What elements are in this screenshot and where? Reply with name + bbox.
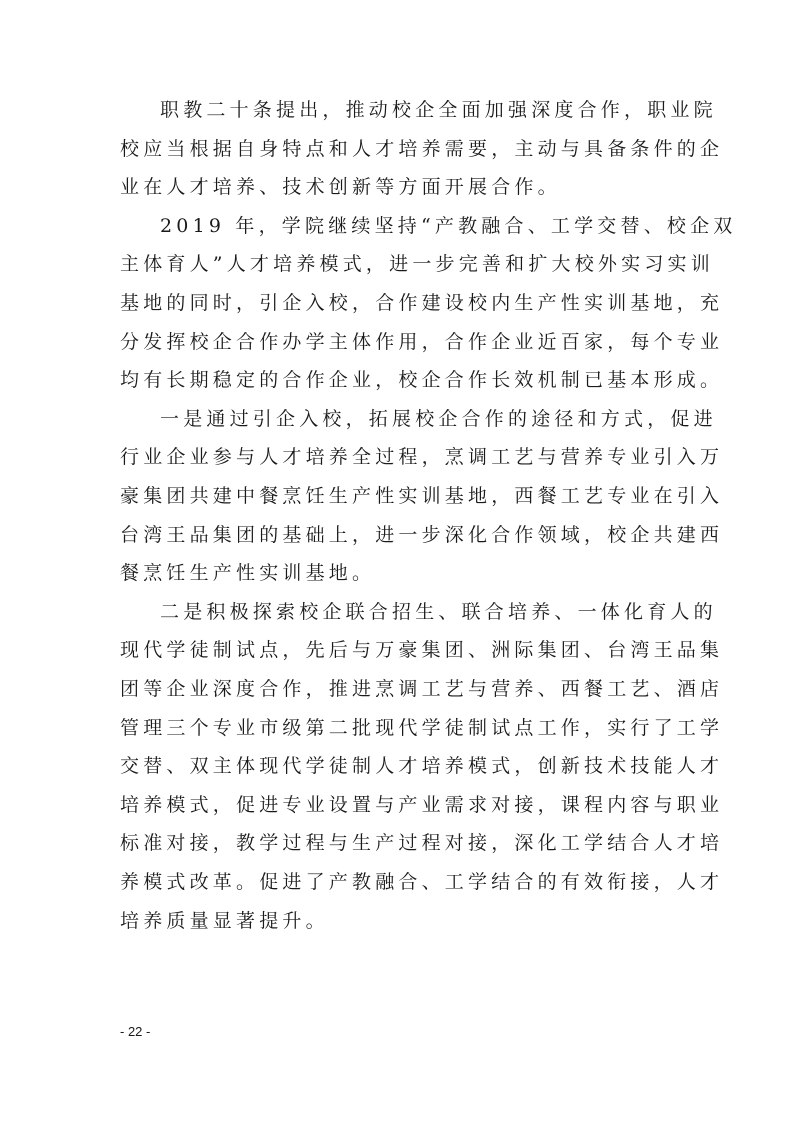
text-line: 基地的同时，引企入校，合作建设校内生产性实训基地，充: [120, 284, 680, 322]
text-line: 现代学徒制试点，先后与万豪集团、洲际集团、台湾王品集: [120, 631, 680, 669]
text-line: 培养模式，促进专业设置与产业需求对接，课程内容与职业: [120, 786, 680, 824]
text-line: 标准对接，教学过程与生产过程对接，深化工学结合人才培: [120, 824, 680, 862]
text-line: 分发挥校企合作办学主体作用，合作企业近百家，每个专业: [120, 323, 680, 361]
text-line: 业在人才培养、技术创新等方面开展合作。: [120, 168, 680, 206]
text-line: 豪集团共建中餐烹饪生产性实训基地，西餐工艺专业在引入: [120, 477, 680, 515]
text-line: 行业企业参与人才培养全过程，烹调工艺与营养专业引入万: [120, 438, 680, 476]
text-line: 养模式改革。促进了产教融合、工学结合的有效衔接，人才: [120, 863, 680, 901]
text-line: 餐烹饪生产性实训基地。: [120, 554, 680, 592]
document-page: 职教二十条提出，推动校企全面加强深度合作，职业院校应当根据自身特点和人才培养需要…: [0, 0, 793, 1123]
text-line: 台湾王品集团的基础上，进一步深化合作领域，校企共建西: [120, 516, 680, 554]
text-line: 团等企业深度合作，推进烹调工艺与营养、西餐工艺、酒店: [120, 670, 680, 708]
text-line: 培养质量显著提升。: [120, 902, 680, 940]
text-line: 交替、双主体现代学徒制人才培养模式，创新技术技能人才: [120, 747, 680, 785]
page-number: - 22 -: [120, 1024, 150, 1039]
text-line: 均有长期稳定的合作企业，校企合作长效机制已基本形成。: [120, 361, 680, 399]
text-line: 校应当根据自身特点和人才培养需要，主动与具备条件的企: [120, 130, 680, 168]
text-line: 二是积极探索校企联合招生、联合培养、一体化育人的: [160, 593, 680, 631]
text-line: 管理三个专业市级第二批现代学徒制试点工作，实行了工学: [120, 709, 680, 747]
text-line: 一是通过引企入校，拓展校企合作的途径和方式，促进: [160, 400, 680, 438]
text-line: 职教二十条提出，推动校企全面加强深度合作，职业院: [160, 91, 680, 129]
text-line: 2019 年，学院继续坚持“产教融合、工学交替、校企双: [160, 207, 680, 245]
text-line: 主体育人”人才培养模式，进一步完善和扩大校外实习实训: [120, 245, 680, 283]
